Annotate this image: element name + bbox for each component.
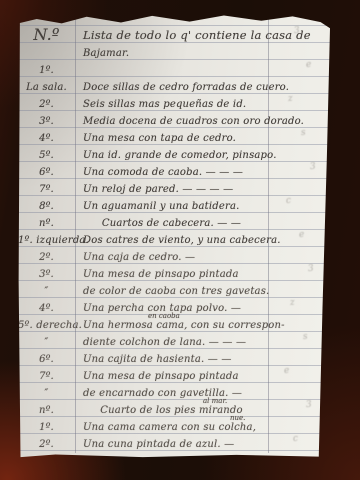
entry-number: La sala.	[18, 82, 75, 93]
entry-text: Doce sillas de cedro forradas de cuero.	[83, 82, 289, 93]
entry-number: nº.	[18, 218, 75, 229]
entry-row: 7º. Un reloj de pared. — — — —	[18, 179, 330, 196]
entry-row: La sala. Doce sillas de cedro forradas d…	[18, 77, 330, 94]
entry-number: nº.	[18, 405, 75, 416]
entry-row: 5º. Una id. grande de comedor, pinsapo.	[18, 145, 330, 162]
entry-row: 1º.	[18, 60, 330, 77]
entry-text: Una mesa de pinsapo pintada	[83, 269, 239, 280]
entry-number: 1º.	[18, 422, 75, 433]
entry-number: ″	[18, 286, 75, 297]
entry-row: 7º. Una mesa de pinsapo pintada	[18, 366, 330, 383]
entry-row: 4º. Una mesa con tapa de cedro.	[18, 128, 330, 145]
entries: N.º Lista de todo lo q' contiene la casa…	[18, 26, 330, 451]
entry-row: Bajamar.	[18, 43, 330, 60]
entry-number: 3º.	[18, 269, 75, 280]
entry-text: Media docena de cuadros con oro dorado.	[83, 116, 304, 127]
entry-text: Una caja de cedro. —	[83, 252, 195, 263]
entry-number: 6º.	[18, 354, 75, 365]
entry-number: 7º.	[18, 184, 75, 195]
entry-row: 6º. Una comoda de caoba. — — —	[18, 162, 330, 179]
entry-text: Una cuna pintada de azul. —	[83, 439, 234, 450]
entry-superscript: en caoba	[148, 312, 180, 320]
entry-number: 4º.	[18, 303, 75, 314]
entry-number: N.º	[18, 25, 75, 44]
entry-number: 5º.	[18, 150, 75, 161]
entry-number: 5º. derecha.	[18, 320, 75, 331]
entry-number: 2º.	[18, 99, 75, 110]
entry-number: 3º.	[18, 116, 75, 127]
entry-number: 6º.	[18, 167, 75, 178]
entry-text: Una cajita de hasienta. — —	[83, 354, 232, 365]
entry-text: Una mesa de pinsapo pintada	[83, 371, 239, 382]
entry-text: Una hermosa cama, con su correspon-	[83, 320, 285, 331]
entry-row: 2º. Una caja de cedro. —	[18, 247, 330, 264]
entry-row: 5º. derecha. Una hermosa cama, con su co…	[18, 315, 330, 332]
entry-row: 1º. Una cama camera con su colcha, nue.	[18, 417, 330, 434]
entry-text: Una cama camera con su colcha,	[83, 422, 256, 433]
entry-number: 2º.	[18, 252, 75, 263]
entry-row: 2º. Seis sillas mas pequeñas de id.	[18, 94, 330, 111]
entry-number: 2º.	[18, 439, 75, 450]
entry-row: 8º. Un aguamanil y una batidera.	[18, 196, 330, 213]
entry-superscript: al mar.	[203, 397, 227, 405]
entry-text: de color de caoba con tres gavetas.	[83, 286, 269, 297]
entry-row: ″ diente colchon de lana. — — —	[18, 332, 330, 349]
photo-background: 3ezs3ce3zse3c N.º Lista de todo lo q' co…	[0, 0, 360, 480]
entry-number: ″	[18, 337, 75, 348]
entry-row: 3º. Una mesa de pinsapo pintada	[18, 264, 330, 281]
entry-text: Un aguamanil y una batidera.	[83, 201, 240, 212]
entry-row: ″ de encarnado con gavetilla. —	[18, 383, 330, 400]
entry-text: Una id. grande de comedor, pinsapo.	[83, 150, 277, 161]
entry-number: 8º.	[18, 201, 75, 212]
entry-row: nº. Cuartos de cabecera. — —	[18, 213, 330, 230]
entry-text: Dos catres de viento, y una cabecera.	[83, 235, 281, 246]
entry-text: diente colchon de lana. — — —	[83, 337, 246, 348]
entry-superscript: nue.	[230, 414, 245, 422]
entry-number: 1º.	[18, 65, 75, 76]
manuscript-page: 3ezs3ce3zse3c N.º Lista de todo lo q' co…	[18, 15, 330, 458]
entry-text: Seis sillas mas pequeñas de id.	[83, 99, 246, 110]
entry-number: 7º.	[18, 371, 75, 382]
entry-row: 2º. Una cuna pintada de azul. —	[18, 434, 330, 451]
entry-text: Lista de todo lo q' contiene la casa de	[83, 28, 311, 42]
entry-row: 1º. izquierda. Dos catres de viento, y u…	[18, 230, 330, 247]
entry-row: 6º. Una cajita de hasienta. — —	[18, 349, 330, 366]
entry-text: Una comoda de caoba. — — —	[83, 167, 243, 178]
entry-row: 3º. Media docena de cuadros con oro dora…	[18, 111, 330, 128]
entry-text: Cuartos de cabecera. — —	[75, 218, 268, 229]
entry-number: ″	[18, 388, 75, 399]
entry-row: N.º Lista de todo lo q' contiene la casa…	[18, 26, 330, 43]
entry-row: ″ de color de caoba con tres gavetas.	[18, 281, 330, 298]
entry-text: Un reloj de pared. — — — —	[83, 184, 233, 195]
entry-text: Bajamar.	[83, 48, 129, 59]
entry-number: 1º. izquierda.	[18, 235, 75, 246]
entry-number: 4º.	[18, 133, 75, 144]
entry-row: nº. Cuarto de los pies mirando al mar.	[18, 400, 330, 417]
entry-text: Una mesa con tapa de cedro.	[83, 133, 236, 144]
